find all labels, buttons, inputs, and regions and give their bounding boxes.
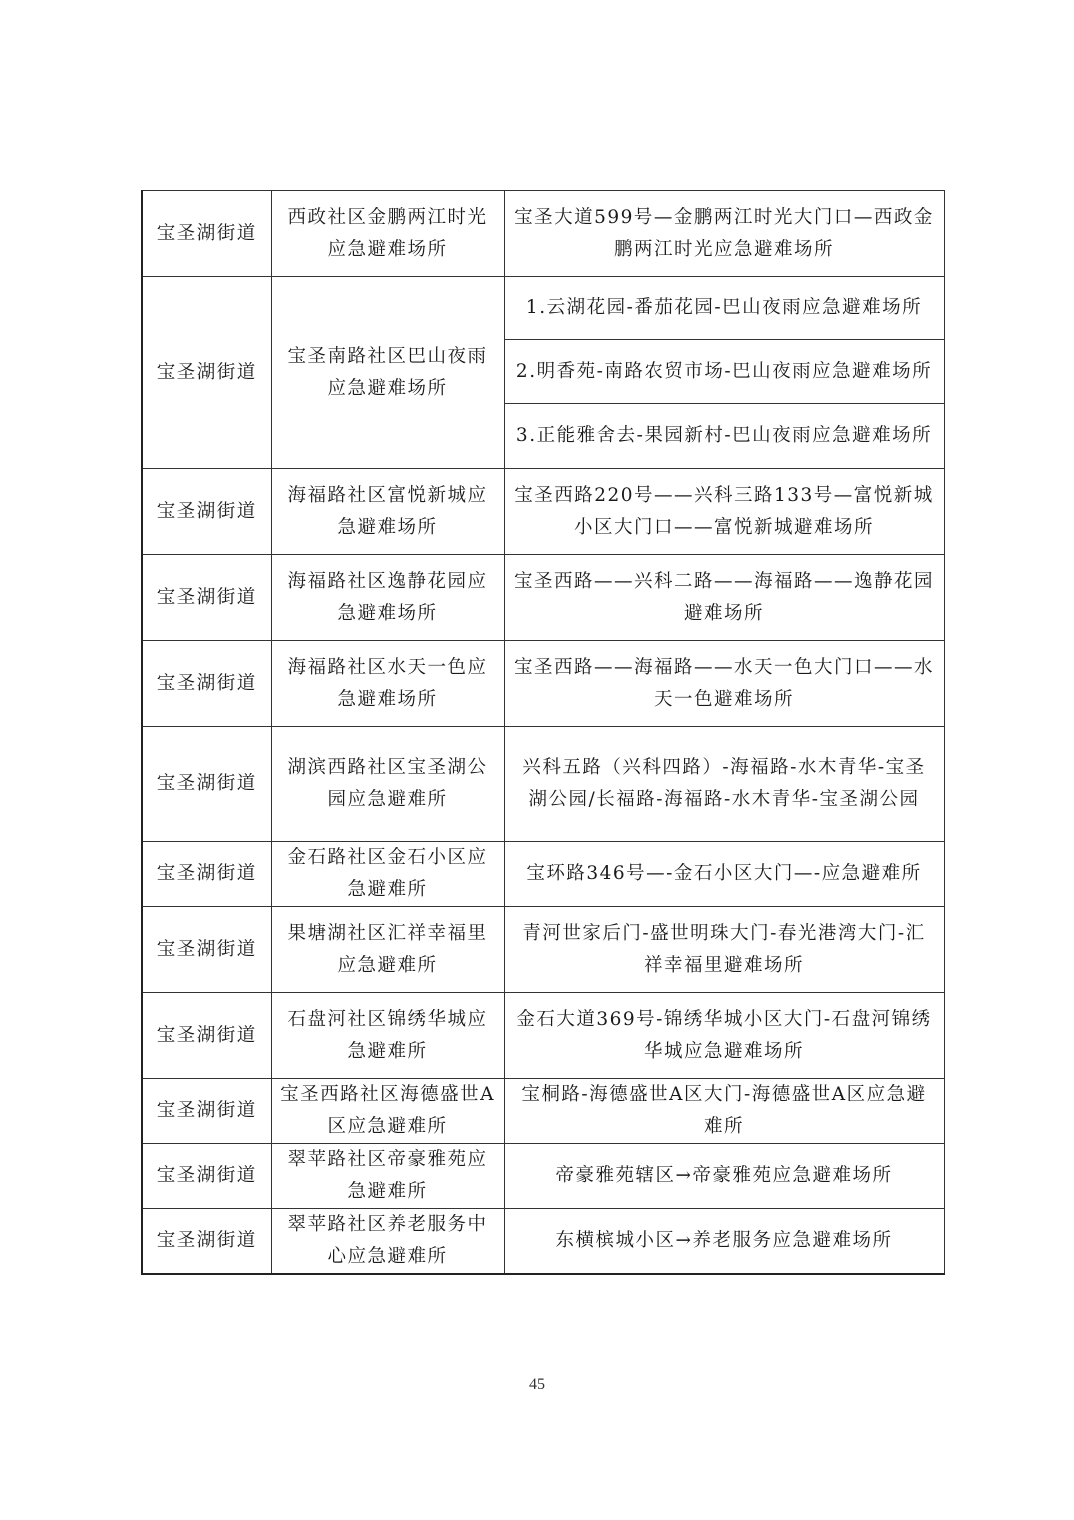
route-cell: 兴科五路（兴科四路）-海福路-水木青华-宝圣湖公园/长福路-海福路-水木青华-宝… [504,727,944,842]
table-row: 宝圣湖街道 湖滨西路社区宝圣湖公园应急避难所 兴科五路（兴科四路）-海福路-水木… [142,727,944,842]
route-cell: 宝圣大道599号—金鹏两江时光大门口—西政金鹏两江时光应急避难场所 [504,191,944,277]
shelter-site-cell: 西政社区金鹏两江时光应急避难场所 [271,191,504,277]
page-number: 45 [0,1376,1074,1394]
table-row: 宝圣湖街道 海福路社区水天一色应急避难场所 宝圣西路——海福路——水天一色大门口… [142,641,944,727]
table-row: 宝圣湖街道 翠苹路社区帝豪雅苑应急避难所 帝豪雅苑辖区→帝豪雅苑应急避难场所 [142,1144,944,1209]
shelter-site-cell: 翠苹路社区帝豪雅苑应急避难所 [271,1144,504,1209]
shelter-site-cell: 石盘河社区锦绣华城应急避难所 [271,993,504,1079]
shelter-route-table: 宝圣湖街道 西政社区金鹏两江时光应急避难场所 宝圣大道599号—金鹏两江时光大门… [141,190,945,1275]
shelter-site-cell: 宝圣南路社区巴山夜雨应急避难场所 [271,277,504,469]
route-cell: 东横槟城小区→养老服务应急避难场所 [504,1209,944,1275]
route-cell: 帝豪雅苑辖区→帝豪雅苑应急避难场所 [504,1144,944,1209]
shelter-site-cell: 海福路社区水天一色应急避难场所 [271,641,504,727]
street-cell: 宝圣湖街道 [142,1209,271,1275]
table-row: 宝圣湖街道 宝圣西路社区海德盛世A区应急避难所 宝桐路-海德盛世A区大门-海德盛… [142,1079,944,1144]
table-row: 宝圣湖街道 金石路社区金石小区应急避难所 宝环路346号—-金石小区大门—-应急… [142,842,944,907]
table-row: 宝圣湖街道 翠苹路社区养老服务中心应急避难所 东横槟城小区→养老服务应急避难场所 [142,1209,944,1275]
street-cell: 宝圣湖街道 [142,727,271,842]
table-row: 宝圣湖街道 海福路社区逸静花园应急避难场所 宝圣西路——兴科二路——海福路——逸… [142,555,944,641]
shelter-site-cell: 湖滨西路社区宝圣湖公园应急避难所 [271,727,504,842]
shelter-site-cell: 金石路社区金石小区应急避难所 [271,842,504,907]
route-cell: 金石大道369号-锦绣华城小区大门-石盘河锦绣华城应急避难场所 [504,993,944,1079]
route-cell: 2.明香苑-南路农贸市场-巴山夜雨应急避难场所 [504,340,944,404]
route-cell: 宝圣西路220号——兴科三路133号—富悦新城小区大门口——富悦新城避难场所 [504,469,944,555]
street-cell: 宝圣湖街道 [142,191,271,277]
table-row: 宝圣湖街道 宝圣南路社区巴山夜雨应急避难场所 1.云湖花园-番茄花园-巴山夜雨应… [142,277,944,340]
route-cell: 1.云湖花园-番茄花园-巴山夜雨应急避难场所 [504,277,944,340]
street-cell: 宝圣湖街道 [142,1079,271,1144]
route-cell: 宝圣西路——兴科二路——海福路——逸静花园避难场所 [504,555,944,641]
shelter-site-cell: 翠苹路社区养老服务中心应急避难所 [271,1209,504,1275]
shelter-site-cell: 海福路社区富悦新城应急避难场所 [271,469,504,555]
street-cell: 宝圣湖街道 [142,907,271,993]
route-cell: 宝桐路-海德盛世A区大门-海德盛世A区应急避难所 [504,1079,944,1144]
table-row: 宝圣湖街道 石盘河社区锦绣华城应急避难所 金石大道369号-锦绣华城小区大门-石… [142,993,944,1079]
route-cell: 宝环路346号—-金石小区大门—-应急避难所 [504,842,944,907]
street-cell: 宝圣湖街道 [142,277,271,469]
route-cell: 宝圣西路——海福路——水天一色大门口——水天一色避难场所 [504,641,944,727]
street-cell: 宝圣湖街道 [142,842,271,907]
table-row: 宝圣湖街道 海福路社区富悦新城应急避难场所 宝圣西路220号——兴科三路133号… [142,469,944,555]
shelter-site-cell: 果塘湖社区汇祥幸福里应急避难所 [271,907,504,993]
document-page: 宝圣湖街道 西政社区金鹏两江时光应急避难场所 宝圣大道599号—金鹏两江时光大门… [0,0,1074,1520]
street-cell: 宝圣湖街道 [142,555,271,641]
route-cell: 3.正能雅舍去-果园新村-巴山夜雨应急避难场所 [504,404,944,469]
shelter-site-cell: 宝圣西路社区海德盛世A区应急避难所 [271,1079,504,1144]
street-cell: 宝圣湖街道 [142,993,271,1079]
route-cell: 青河世家后门-盛世明珠大门-春光港湾大门-汇祥幸福里避难场所 [504,907,944,993]
table-row: 宝圣湖街道 果塘湖社区汇祥幸福里应急避难所 青河世家后门-盛世明珠大门-春光港湾… [142,907,944,993]
shelter-site-cell: 海福路社区逸静花园应急避难场所 [271,555,504,641]
table-row: 宝圣湖街道 西政社区金鹏两江时光应急避难场所 宝圣大道599号—金鹏两江时光大门… [142,191,944,277]
street-cell: 宝圣湖街道 [142,1144,271,1209]
street-cell: 宝圣湖街道 [142,469,271,555]
street-cell: 宝圣湖街道 [142,641,271,727]
